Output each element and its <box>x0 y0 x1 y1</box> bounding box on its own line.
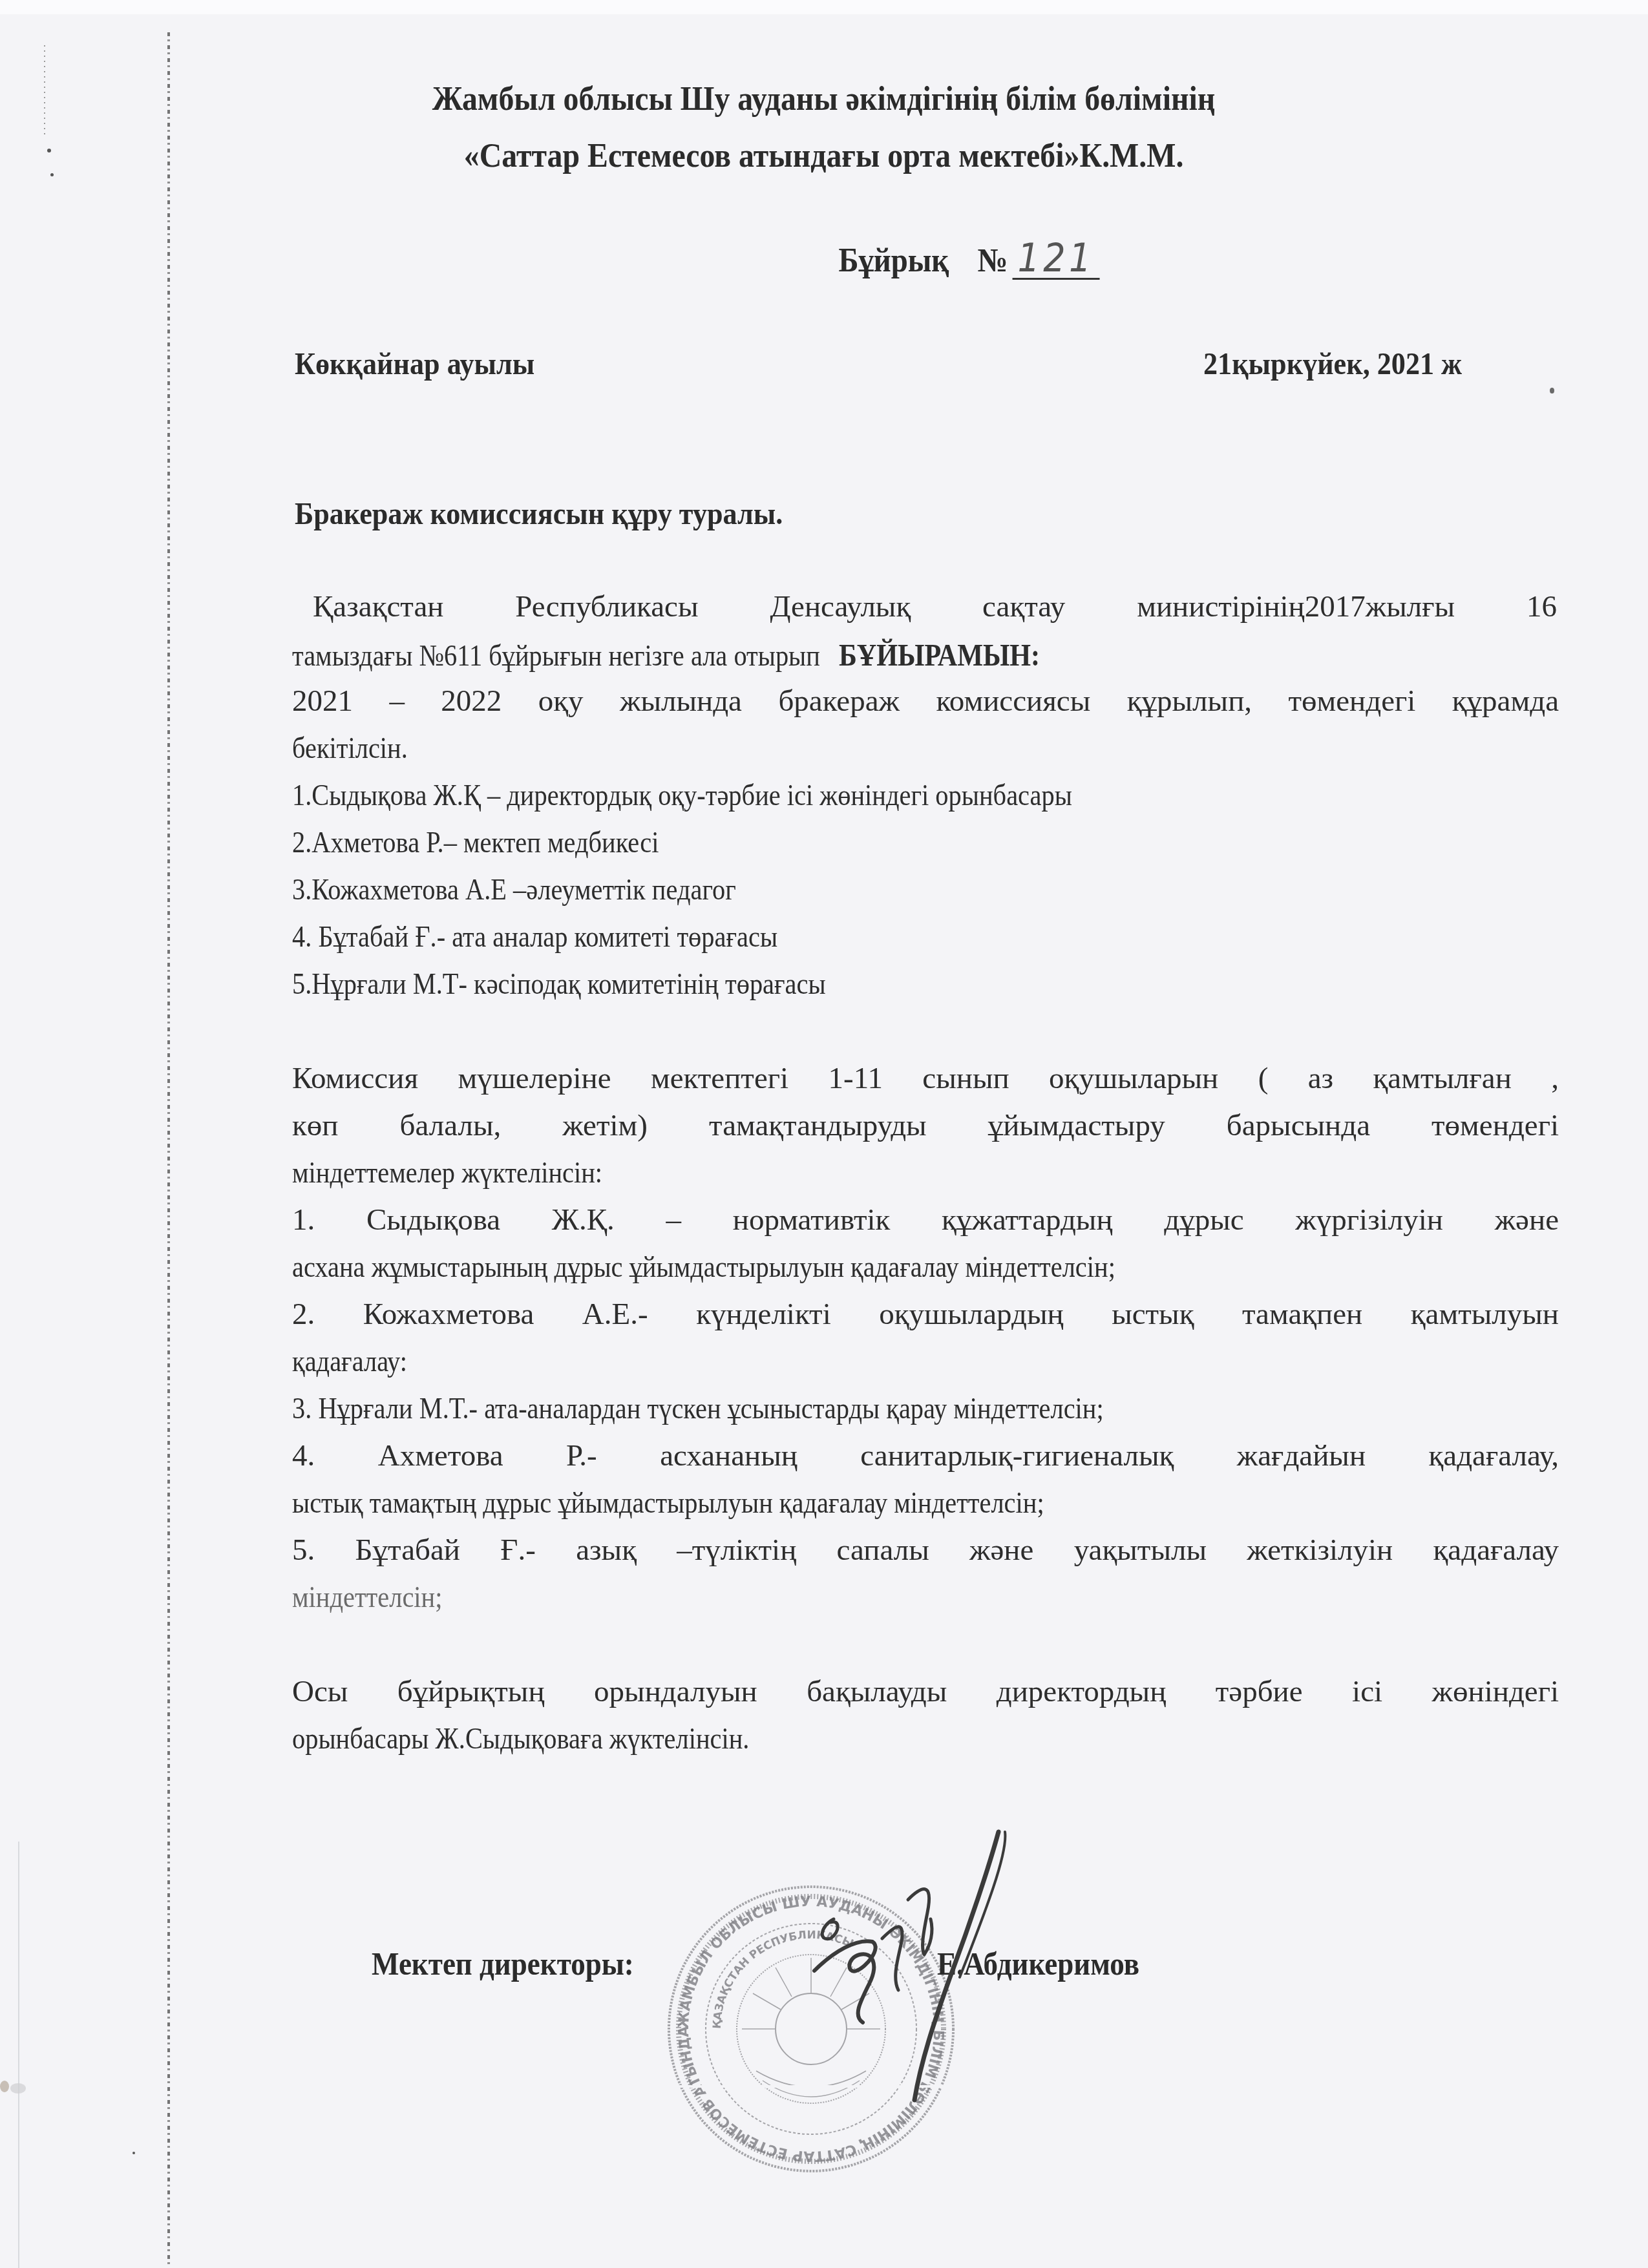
date: 21қыркүйек, 2021 ж <box>1203 346 1462 382</box>
speck <box>50 173 54 176</box>
member-item: 2.Ахметова Р.– мектеп медбикесі <box>292 825 659 860</box>
scanner-vertical-line <box>167 32 170 2268</box>
signature-title: Мектеп директоры: <box>372 1945 634 1982</box>
institution-header-line-1: Жамбыл облысы Шу ауданы әкімдігінің білі… <box>66 80 1582 118</box>
scan-top-edge <box>0 0 1648 14</box>
scan-left-edge <box>18 1842 19 2268</box>
order-number: 121 <box>1013 239 1100 280</box>
speck <box>132 2152 135 2154</box>
preamble-line-3: 2021 – 2022 оқу жылында бракераж комисси… <box>292 684 1559 719</box>
speck <box>47 149 51 152</box>
preamble-line-2: тамыздағы №611 бұйрығын негізге ала отыр… <box>292 636 1040 673</box>
scan-dots <box>44 45 45 136</box>
order-number-sign: № <box>977 242 1008 279</box>
order-label: Бұйрық <box>838 242 949 279</box>
place: Көкқайнар ауылы <box>295 346 534 382</box>
duties-intro-line-1: Комиссия мүшелеріне мектептегі 1-11 сыны… <box>292 1061 1559 1096</box>
duties-intro-line-2: көп балалы, жетім) тамақтандыруды ұйымда… <box>292 1108 1559 1143</box>
duty-item-4-line-2: ыстық тамақтың дұрыс ұйымдастырылуын қад… <box>292 1486 1044 1520</box>
duty-item-1-line-1: 1. Сыдықова Ж.Қ. – нормативтік құжаттард… <box>292 1202 1559 1237</box>
smudge <box>0 2081 9 2092</box>
duty-item-2-line-1: 2. Кожахметова А.Е.- күнделікті оқушылар… <box>292 1297 1559 1332</box>
preamble-line-4: бекітілсін. <box>292 731 408 766</box>
duty-item-5-line-2: міндеттелсін; <box>292 1580 442 1615</box>
duty-item-5-line-1: 5. Бұтабай Ғ.- азық –түліктің сапалы жән… <box>292 1533 1559 1568</box>
control-line-1: Осы бұйрықтың орындалуын бақылауды дирек… <box>292 1674 1559 1709</box>
handwritten-signature <box>795 1829 1034 2132</box>
duty-item-3-line-1: 3. Нұрғали М.Т.- ата-аналардан түскен ұс… <box>292 1391 1104 1426</box>
member-item: 3.Кожахметова А.Е –әлеуметтік педагог <box>292 872 736 907</box>
duty-item-2-line-2: қадағалау: <box>292 1344 407 1379</box>
order-title: Бұйрық №121 <box>838 239 1099 280</box>
duty-item-1-line-2: асхана жұмыстарының дұрыс ұйымдастырылуы… <box>292 1250 1115 1285</box>
member-item: 4. Бұтабай Ғ.- ата аналар комитеті төрағ… <box>292 919 777 954</box>
institution-header-line-2: «Саттар Естемесов атындағы орта мектебі»… <box>66 137 1582 175</box>
order-subject: Бракераж комиссиясын құру туралы. <box>295 496 783 532</box>
member-item: 5.Нұрғали М.Т- кәсіподақ комитетінің төр… <box>292 967 826 1002</box>
order-verb: БҰЙЫРАМЫН: <box>839 637 1040 673</box>
preamble-basis-text: тамыздағы №611 бұйрығын негізге ала отыр… <box>292 639 820 673</box>
duty-item-4-line-1: 4. Ахметова Р.- асхананың санитарлық-гиг… <box>292 1438 1559 1473</box>
control-line-2: орынбасары Ж.Сыдықоваға жүктелінсін. <box>292 1721 749 1756</box>
member-item: 1.Сыдықова Ж.Қ – директордық оқу-тәрбие … <box>292 778 1072 813</box>
duties-intro-line-3: міндеттемелер жүктелінсін: <box>292 1155 602 1190</box>
speck <box>1550 388 1554 394</box>
smudge <box>10 2083 26 2094</box>
preamble-line-1: Қазақстан Республикасы Денсаулық сақтау … <box>313 589 1557 624</box>
